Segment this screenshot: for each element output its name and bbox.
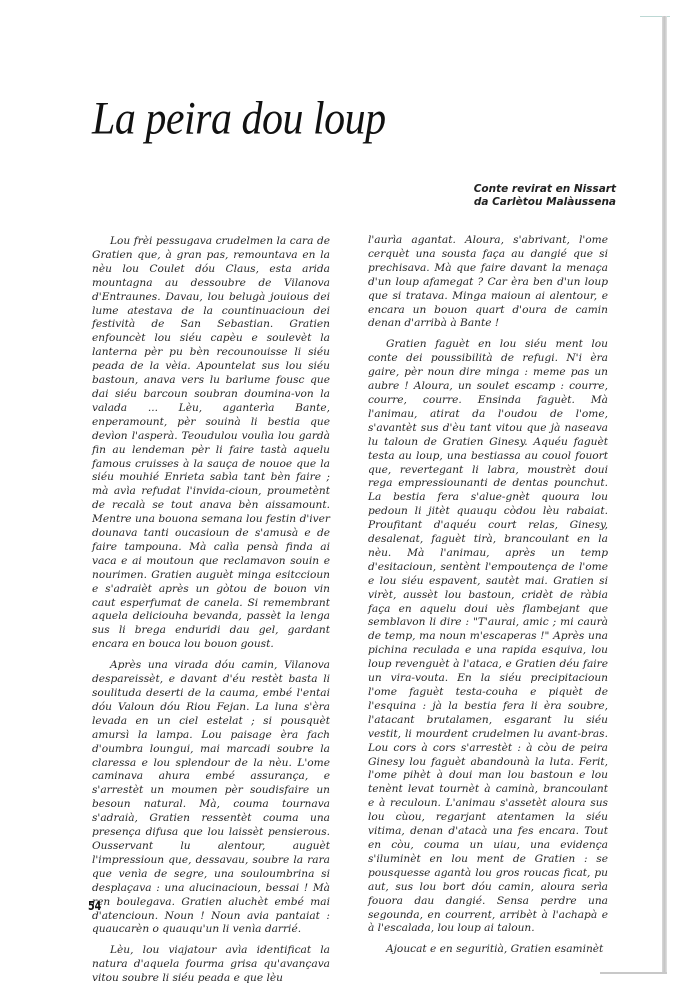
paragraph: l'aurìa agantat. Aloura, s'abrivant, l'o… bbox=[368, 234, 608, 331]
page-edge-bottom bbox=[600, 972, 667, 974]
paragraph: Lèu, lou viajatour avìa identificat la n… bbox=[92, 944, 330, 986]
right-column: l'aurìa agantat. Aloura, s'abrivant, l'o… bbox=[368, 234, 608, 964]
page-number: 54 bbox=[88, 899, 101, 913]
page-edge bbox=[662, 16, 667, 972]
byline-line-1: Conte revirat en Nissart bbox=[474, 183, 616, 196]
byline-line-2: da Carlètou Malàussena bbox=[474, 196, 616, 209]
byline: Conte revirat en Nissart da Carlètou Mal… bbox=[474, 183, 616, 209]
article-title: La peira dou loup bbox=[92, 92, 386, 146]
paragraph: Après una virada dóu camin, Vilanova des… bbox=[92, 659, 330, 937]
paragraph: Lou frèi pessugava crudelmen la cara de … bbox=[92, 235, 330, 652]
paragraph: Ajoucat e en seguritià, Gratien esaminèt bbox=[368, 943, 608, 957]
paragraph: Gratien faguèt en lou siéu ment lou cont… bbox=[368, 338, 608, 936]
left-column: Lou frèi pessugava crudelmen la cara de … bbox=[92, 235, 330, 990]
